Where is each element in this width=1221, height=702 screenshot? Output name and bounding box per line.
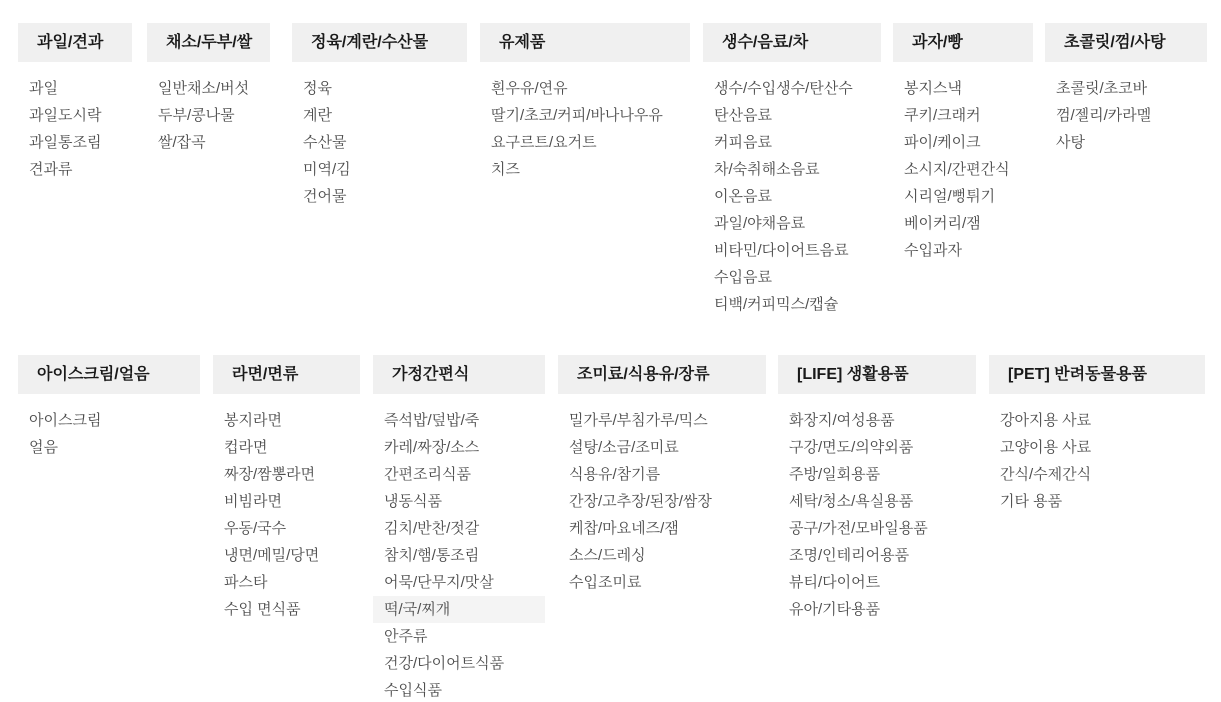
list-item: 쌀/잡곡 [147, 129, 270, 156]
list-item: 견과류 [18, 156, 132, 183]
list-item: 치즈 [480, 156, 690, 183]
category-column: 가정간편식즉석밥/덮밥/죽카레/짜장/소스간편조리식품냉동식품김치/반찬/젓갈참… [373, 355, 545, 702]
list-item: 식용유/참기름 [558, 461, 766, 488]
list-item: 과일통조림 [18, 129, 132, 156]
category-item[interactable]: 이온음료 [703, 183, 881, 210]
category-item[interactable]: 요구르트/요거트 [480, 129, 690, 156]
category-item[interactable]: 건강/다이어트식품 [373, 650, 545, 677]
list-item: 케찹/마요네즈/잼 [558, 515, 766, 542]
list-item: 화장지/여성용품 [778, 407, 976, 434]
list-item: 베이커리/잼 [893, 210, 1033, 237]
list-item: 어묵/단무지/맛살 [373, 569, 545, 596]
category-item[interactable]: 주방/일회용품 [778, 461, 976, 488]
list-item: 껌/젤리/카라멜 [1045, 102, 1207, 129]
list-item: 수입 면식품 [213, 596, 360, 623]
category-item[interactable]: 딸기/초코/커피/바나나우유 [480, 102, 690, 129]
category-item-list: 밀가루/부침가루/믹스설탕/소금/조미료식용유/참기름간장/고추장/된장/쌈장케… [558, 407, 766, 596]
category-item[interactable]: 계란 [292, 102, 467, 129]
list-item: 파스타 [213, 569, 360, 596]
category-item[interactable]: 쿠키/크래커 [893, 102, 1033, 129]
category-item[interactable]: 얼음 [18, 434, 200, 461]
list-item: 고양이용 사료 [989, 434, 1205, 461]
category-item[interactable]: 과일 [18, 75, 132, 102]
category-header[interactable]: 유제품 [480, 23, 690, 62]
category-header[interactable]: 과일/견과 [18, 23, 132, 62]
category-item[interactable]: 짜장/짬뽕라면 [213, 461, 360, 488]
category-item[interactable]: 파이/케이크 [893, 129, 1033, 156]
list-item: 커피음료 [703, 129, 881, 156]
list-item: 파이/케이크 [893, 129, 1033, 156]
category-item[interactable]: 흰우유/연유 [480, 75, 690, 102]
list-item: 수산물 [292, 129, 467, 156]
list-item: 소스/드레싱 [558, 542, 766, 569]
category-column: [PET] 반려동물용품강아지용 사료고양이용 사료간식/수제간식기타 용품 [989, 355, 1205, 515]
category-item[interactable]: 차/숙취해소음료 [703, 156, 881, 183]
list-item: 탄산음료 [703, 102, 881, 129]
category-item[interactable]: 탄산음료 [703, 102, 881, 129]
list-item: 건강/다이어트식품 [373, 650, 545, 677]
list-item: 세탁/청소/욕실용품 [778, 488, 976, 515]
list-item: 뷰티/다이어트 [778, 569, 976, 596]
category-item-list: 강아지용 사료고양이용 사료간식/수제간식기타 용품 [989, 407, 1205, 515]
list-item: 과일/야채음료 [703, 210, 881, 237]
list-item: 과일도시락 [18, 102, 132, 129]
category-item[interactable]: 건어물 [292, 183, 467, 210]
category-item[interactable]: 쌀/잡곡 [147, 129, 270, 156]
list-item: 봉지스낵 [893, 75, 1033, 102]
category-item[interactable]: 소스/드레싱 [558, 542, 766, 569]
category-item[interactable]: 시리얼/뻥튀기 [893, 183, 1033, 210]
category-row-1: 과일/견과과일과일도시락과일통조림견과류채소/두부/쌀일반채소/버섯두부/콩나물… [18, 23, 1221, 318]
list-item: 카레/짜장/소스 [373, 434, 545, 461]
list-item: 강아지용 사료 [989, 407, 1205, 434]
category-item-list: 과일과일도시락과일통조림견과류 [18, 75, 132, 183]
category-header[interactable]: 아이스크림/얼음 [18, 355, 200, 394]
list-item: 사탕 [1045, 129, 1207, 156]
list-item: 수입음료 [703, 264, 881, 291]
category-item[interactable]: 기타 용품 [989, 488, 1205, 515]
category-header[interactable]: 정육/계란/수산물 [292, 23, 467, 62]
category-header[interactable]: 라면/면류 [213, 355, 360, 394]
category-item[interactable]: 일반채소/버섯 [147, 75, 270, 102]
category-item[interactable]: 우동/국수 [213, 515, 360, 542]
category-column: 라면/면류봉지라면컵라면짜장/짬뽕라면비빔라면우동/국수냉면/메밀/당면파스타수… [213, 355, 360, 623]
list-item: 간장/고추장/된장/쌈장 [558, 488, 766, 515]
list-item: 조명/인테리어용품 [778, 542, 976, 569]
category-item[interactable]: 두부/콩나물 [147, 102, 270, 129]
category-item-list: 생수/수입생수/탄산수탄산음료커피음료차/숙취해소음료이온음료과일/야채음료비타… [703, 75, 881, 318]
category-item[interactable]: 봉지라면 [213, 407, 360, 434]
category-item[interactable]: 티백/커피믹스/캡슐 [703, 291, 881, 318]
category-item[interactable]: 미역/김 [292, 156, 467, 183]
category-item[interactable]: 커피음료 [703, 129, 881, 156]
category-item-list: 일반채소/버섯두부/콩나물쌀/잡곡 [147, 75, 270, 156]
category-column: 정육/계란/수산물정육계란수산물미역/김건어물 [292, 23, 467, 210]
list-item: 일반채소/버섯 [147, 75, 270, 102]
list-item: 요구르트/요거트 [480, 129, 690, 156]
category-header[interactable]: 과자/빵 [893, 23, 1033, 62]
list-item: 미역/김 [292, 156, 467, 183]
category-item[interactable]: 냉동식품 [373, 488, 545, 515]
list-item: 티백/커피믹스/캡슐 [703, 291, 881, 318]
list-item: 수입식품 [373, 677, 545, 702]
list-item: 밀가루/부침가루/믹스 [558, 407, 766, 434]
category-item[interactable]: 조명/인테리어용품 [778, 542, 976, 569]
list-item: 짜장/짬뽕라면 [213, 461, 360, 488]
category-item[interactable]: 뷰티/다이어트 [778, 569, 976, 596]
category-item[interactable]: 소시지/간편간식 [893, 156, 1033, 183]
list-item: 시리얼/뻥튀기 [893, 183, 1033, 210]
category-item[interactable]: 수입과자 [893, 237, 1033, 264]
list-item: 이온음료 [703, 183, 881, 210]
category-column: 초콜릿/껌/사탕초콜릿/초코바껌/젤리/카라멜사탕 [1045, 23, 1207, 156]
category-item-list: 아이스크림얼음 [18, 407, 200, 461]
category-column: 조미료/식용유/장류밀가루/부침가루/믹스설탕/소금/조미료식용유/참기름간장/… [558, 355, 766, 596]
category-item[interactable]: 참치/햄/통조림 [373, 542, 545, 569]
list-item: 생수/수입생수/탄산수 [703, 75, 881, 102]
category-item[interactable]: 사탕 [1045, 129, 1207, 156]
category-item-list: 정육계란수산물미역/김건어물 [292, 75, 467, 210]
category-column: 유제품흰우유/연유딸기/초코/커피/바나나우유요구르트/요거트치즈 [480, 23, 690, 183]
category-item[interactable]: 정육 [292, 75, 467, 102]
list-item: 주방/일회용품 [778, 461, 976, 488]
category-item[interactable]: 봉지스낵 [893, 75, 1033, 102]
category-header[interactable]: [PET] 반려동물용품 [989, 355, 1205, 394]
list-item: 수입조미료 [558, 569, 766, 596]
list-item: 참치/햄/통조림 [373, 542, 545, 569]
category-item[interactable]: 컵라면 [213, 434, 360, 461]
category-item[interactable]: 치즈 [480, 156, 690, 183]
list-item: 비타민/다이어트음료 [703, 237, 881, 264]
list-item: 봉지라면 [213, 407, 360, 434]
category-item[interactable]: 냉면/메밀/당면 [213, 542, 360, 569]
category-item-list: 즉석밥/덮밥/죽카레/짜장/소스간편조리식품냉동식품김치/반찬/젓갈참치/햄/통… [373, 407, 545, 702]
category-column: 생수/음료/차생수/수입생수/탄산수탄산음료커피음료차/숙취해소음료이온음료과일… [703, 23, 881, 318]
category-item[interactable]: 비빔라면 [213, 488, 360, 515]
category-item-list: 화장지/여성용품구강/면도/의약외품주방/일회용품세탁/청소/욕실용품공구/가전… [778, 407, 976, 623]
list-item: 쿠키/크래커 [893, 102, 1033, 129]
category-item[interactable]: 비타민/다이어트음료 [703, 237, 881, 264]
category-item[interactable]: 공구/가전/모바일용품 [778, 515, 976, 542]
list-item: 정육 [292, 75, 467, 102]
category-item[interactable]: 밀가루/부침가루/믹스 [558, 407, 766, 434]
list-item: 즉석밥/덮밥/죽 [373, 407, 545, 434]
list-item: 두부/콩나물 [147, 102, 270, 129]
menu-root: 과일/견과과일과일도시락과일통조림견과류채소/두부/쌀일반채소/버섯두부/콩나물… [18, 23, 1221, 702]
list-item: 컵라면 [213, 434, 360, 461]
list-item: 과일 [18, 75, 132, 102]
list-item: 김치/반찬/젓갈 [373, 515, 545, 542]
category-item[interactable]: 식용유/참기름 [558, 461, 766, 488]
category-item[interactable]: 수입 면식품 [213, 596, 360, 623]
category-item[interactable]: 초콜릿/초코바 [1045, 75, 1207, 102]
category-item[interactable]: 간식/수제간식 [989, 461, 1205, 488]
list-item: 수입과자 [893, 237, 1033, 264]
list-item: 간식/수제간식 [989, 461, 1205, 488]
category-item-list: 흰우유/연유딸기/초코/커피/바나나우유요구르트/요거트치즈 [480, 75, 690, 183]
category-header[interactable]: 초콜릿/껌/사탕 [1045, 23, 1207, 62]
list-item: 공구/가전/모바일용품 [778, 515, 976, 542]
list-item: 냉면/메밀/당면 [213, 542, 360, 569]
category-item[interactable]: 간편조리식품 [373, 461, 545, 488]
category-item-list: 봉지스낵쿠키/크래커파이/케이크소시지/간편간식시리얼/뻥튀기베이커리/잼수입과… [893, 75, 1033, 264]
list-item: 떡/국/찌개 [373, 596, 545, 623]
category-mega-menu: 과일/견과과일과일도시락과일통조림견과류채소/두부/쌀일반채소/버섯두부/콩나물… [0, 0, 1221, 702]
category-item[interactable]: 수입조미료 [558, 569, 766, 596]
category-item[interactable]: 케찹/마요네즈/잼 [558, 515, 766, 542]
category-item[interactable]: 아이스크림 [18, 407, 200, 434]
category-header[interactable]: 가정간편식 [373, 355, 545, 394]
category-column: [LIFE] 생활용품화장지/여성용품구강/면도/의약외품주방/일회용품세탁/청… [778, 355, 976, 623]
category-item[interactable]: 수산물 [292, 129, 467, 156]
list-item: 설탕/소금/조미료 [558, 434, 766, 461]
category-item[interactable]: 껌/젤리/카라멜 [1045, 102, 1207, 129]
list-item: 건어물 [292, 183, 467, 210]
list-item: 안주류 [373, 623, 545, 650]
category-item[interactable]: 과일도시락 [18, 102, 132, 129]
category-item[interactable]: 김치/반찬/젓갈 [373, 515, 545, 542]
category-item[interactable]: 파스타 [213, 569, 360, 596]
category-item[interactable]: 과일/야채음료 [703, 210, 881, 237]
list-item: 아이스크림 [18, 407, 200, 434]
category-item[interactable]: 강아지용 사료 [989, 407, 1205, 434]
category-item[interactable]: 안주류 [373, 623, 545, 650]
list-item: 기타 용품 [989, 488, 1205, 515]
category-item[interactable]: 세탁/청소/욕실용품 [778, 488, 976, 515]
list-item: 흰우유/연유 [480, 75, 690, 102]
category-item[interactable]: 화장지/여성용품 [778, 407, 976, 434]
list-item: 소시지/간편간식 [893, 156, 1033, 183]
category-item[interactable]: 수입음료 [703, 264, 881, 291]
category-item[interactable]: 수입식품 [373, 677, 545, 702]
list-item: 차/숙취해소음료 [703, 156, 881, 183]
category-item[interactable]: 베이커리/잼 [893, 210, 1033, 237]
list-item: 비빔라면 [213, 488, 360, 515]
category-header[interactable]: 생수/음료/차 [703, 23, 881, 62]
category-item[interactable]: 고양이용 사료 [989, 434, 1205, 461]
category-item[interactable]: 생수/수입생수/탄산수 [703, 75, 881, 102]
category-item[interactable]: 과일통조림 [18, 129, 132, 156]
list-item: 간편조리식품 [373, 461, 545, 488]
category-item[interactable]: 견과류 [18, 156, 132, 183]
category-item[interactable]: 어묵/단무지/맛살 [373, 569, 545, 596]
category-item-list: 초콜릿/초코바껌/젤리/카라멜사탕 [1045, 75, 1207, 156]
list-item: 계란 [292, 102, 467, 129]
list-item: 초콜릿/초코바 [1045, 75, 1207, 102]
list-item: 딸기/초코/커피/바나나우유 [480, 102, 690, 129]
category-item[interactable]: 유아/기타용품 [778, 596, 976, 623]
category-header[interactable]: 채소/두부/쌀 [147, 23, 270, 62]
category-item[interactable]: 설탕/소금/조미료 [558, 434, 766, 461]
category-column: 과일/견과과일과일도시락과일통조림견과류 [18, 23, 132, 183]
category-column: 채소/두부/쌀일반채소/버섯두부/콩나물쌀/잡곡 [147, 23, 270, 156]
category-item[interactable]: 구강/면도/의약외품 [778, 434, 976, 461]
category-column: 아이스크림/얼음아이스크림얼음 [18, 355, 200, 461]
category-item-list: 봉지라면컵라면짜장/짬뽕라면비빔라면우동/국수냉면/메밀/당면파스타수입 면식품 [213, 407, 360, 623]
category-item-highlighted[interactable]: 떡/국/찌개 [373, 596, 545, 623]
list-item: 냉동식품 [373, 488, 545, 515]
category-item[interactable]: 간장/고추장/된장/쌈장 [558, 488, 766, 515]
category-header[interactable]: [LIFE] 생활용품 [778, 355, 976, 394]
list-item: 구강/면도/의약외품 [778, 434, 976, 461]
category-item[interactable]: 즉석밥/덮밥/죽 [373, 407, 545, 434]
list-item: 얼음 [18, 434, 200, 461]
category-item[interactable]: 카레/짜장/소스 [373, 434, 545, 461]
list-item: 유아/기타용품 [778, 596, 976, 623]
list-item: 우동/국수 [213, 515, 360, 542]
category-column: 과자/빵봉지스낵쿠키/크래커파이/케이크소시지/간편간식시리얼/뻥튀기베이커리/… [893, 23, 1033, 264]
category-row-2: 아이스크림/얼음아이스크림얼음라면/면류봉지라면컵라면짜장/짬뽕라면비빔라면우동… [18, 355, 1221, 702]
category-header[interactable]: 조미료/식용유/장류 [558, 355, 766, 394]
